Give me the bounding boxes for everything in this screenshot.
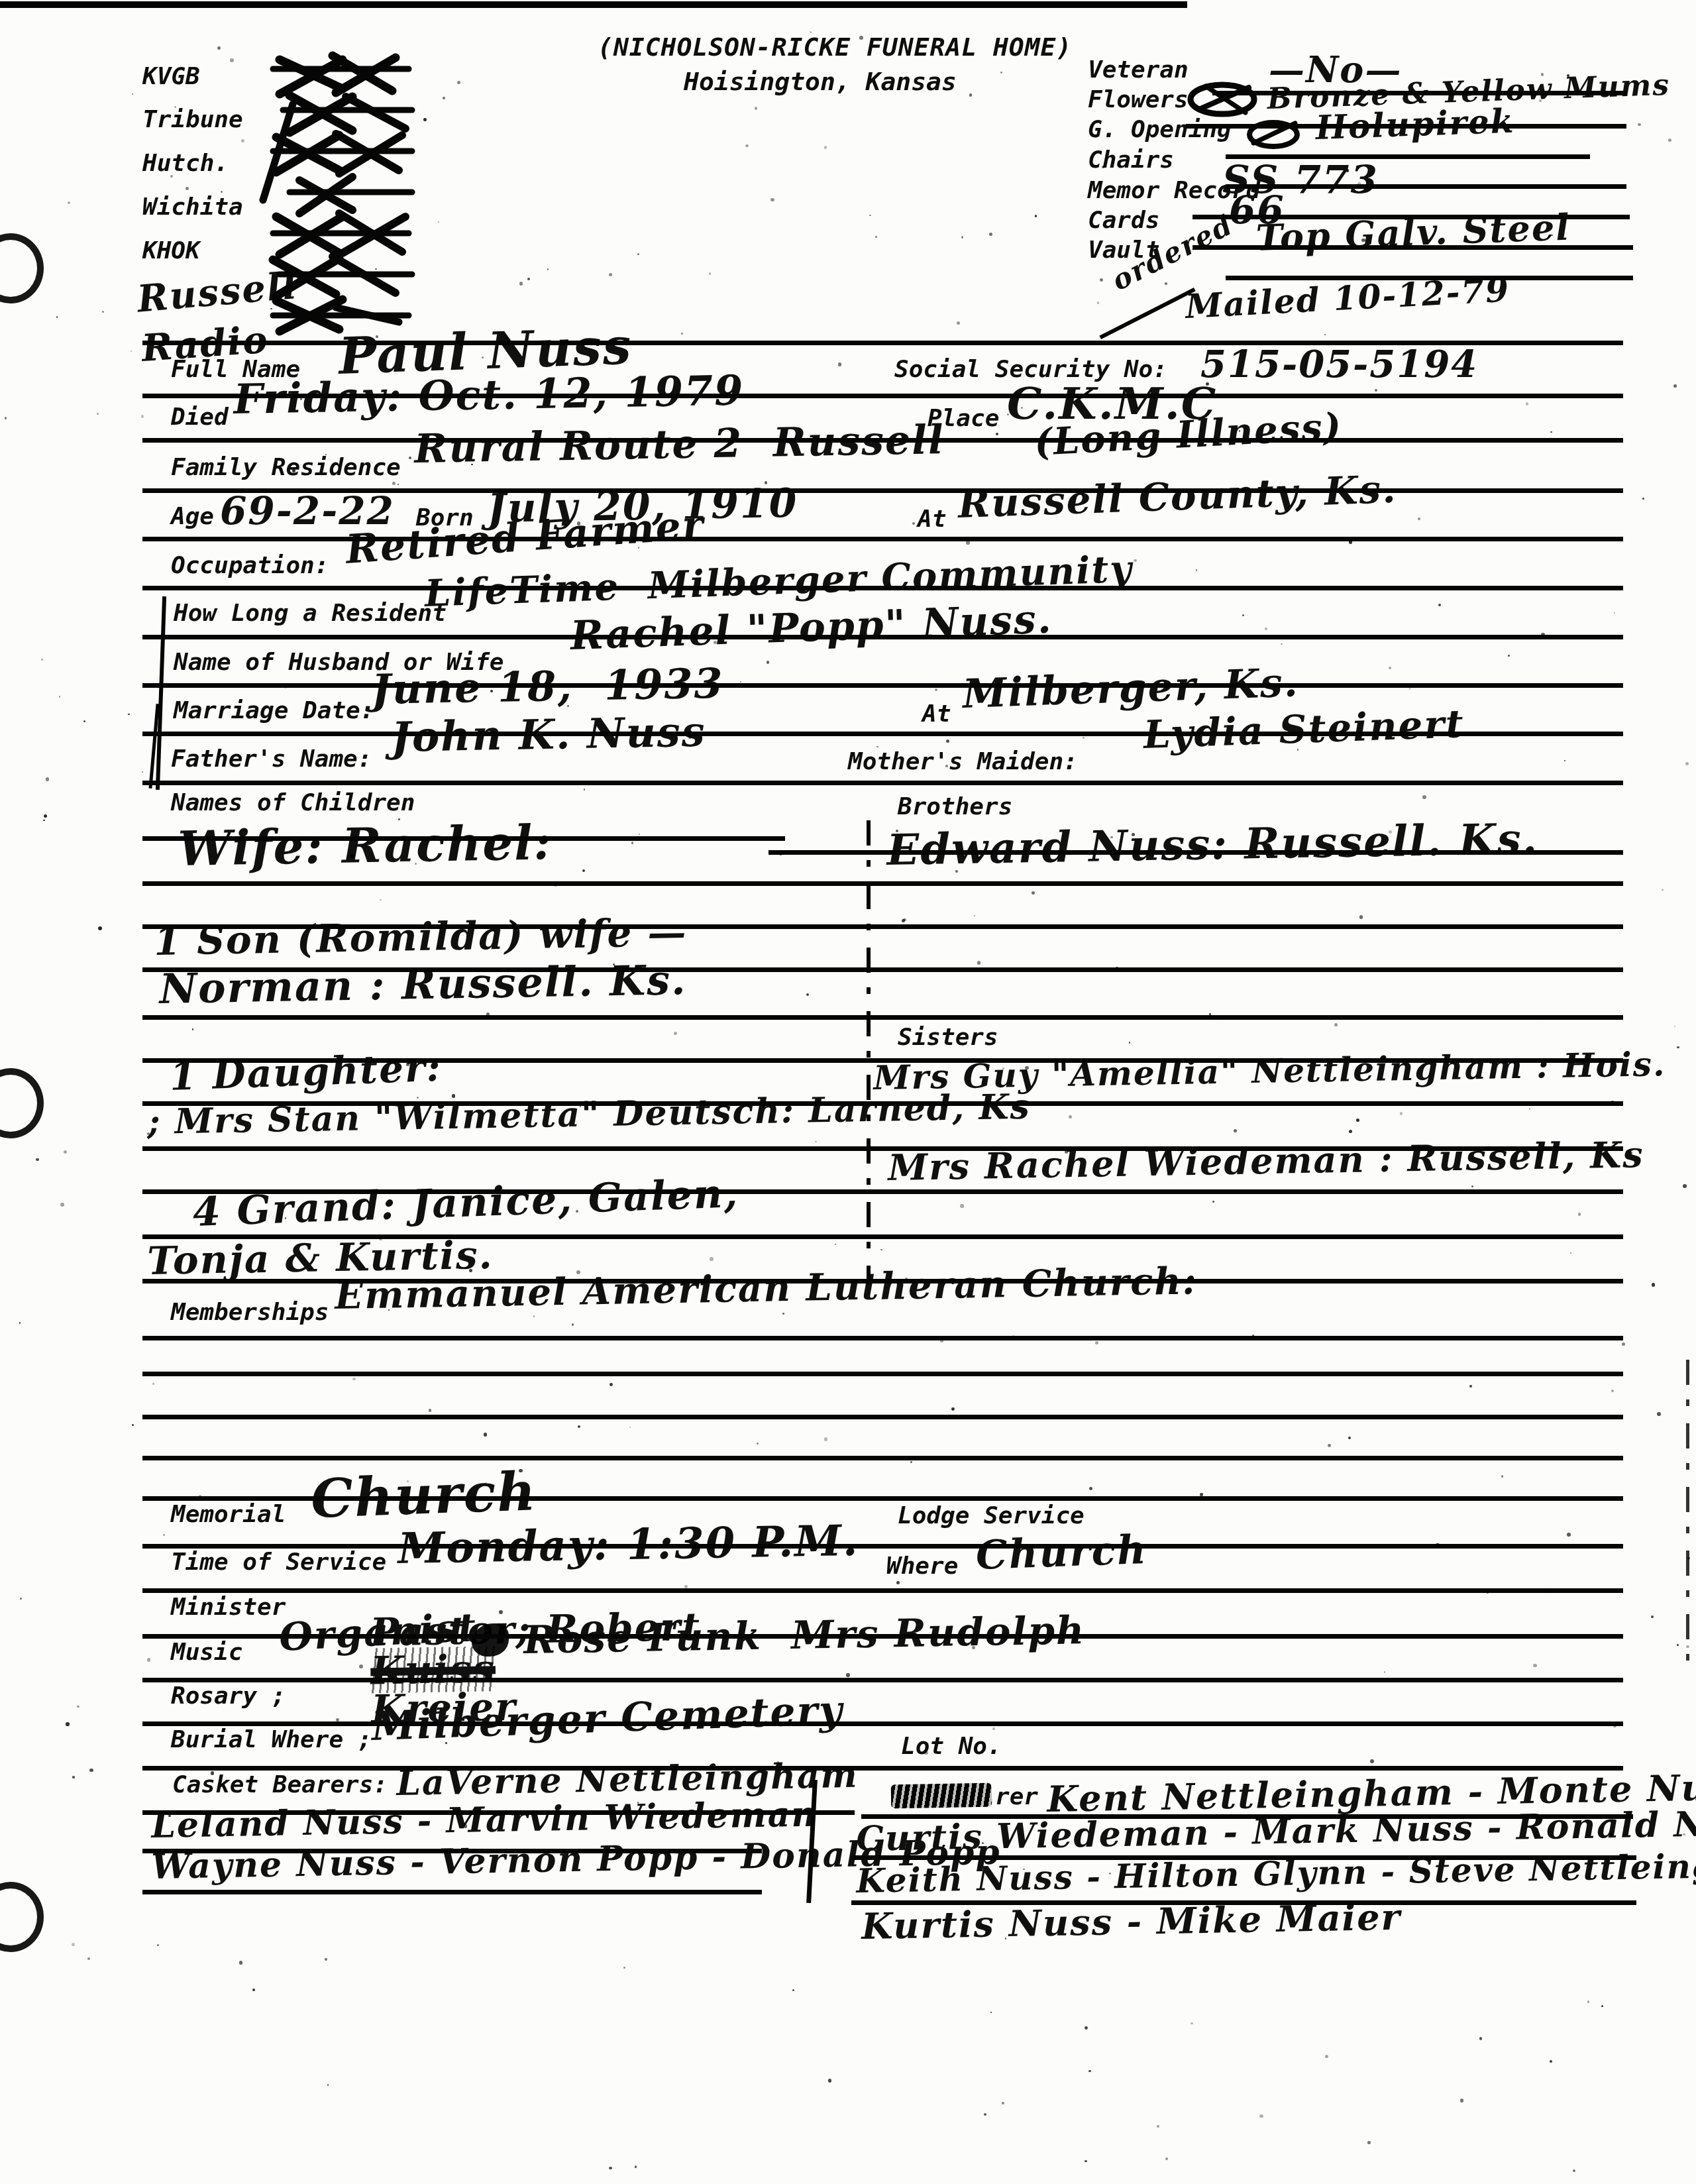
scan-speckle <box>547 268 549 270</box>
children-line: ; Mrs Stan "Wilmetta" Deutsch: Larned, K… <box>147 1090 1031 1140</box>
flowers-scribble <box>1186 80 1265 119</box>
ruled-line <box>861 1814 1633 1819</box>
scan-speckle <box>1102 166 1104 168</box>
scan-speckle <box>1346 169 1349 172</box>
scan-speckle <box>469 1269 472 1272</box>
scan-speckle <box>1297 749 1298 750</box>
scan-speckle <box>762 1105 766 1109</box>
scan-speckle <box>1436 1543 1439 1547</box>
scan-speckle <box>141 415 144 417</box>
scan-speckle <box>989 233 992 236</box>
scan-speckle <box>147 1658 151 1662</box>
scan-speckle <box>1234 1129 1237 1132</box>
rosary-label: Rosary ; <box>171 1684 286 1708</box>
scan-speckle <box>1508 655 1510 657</box>
scan-speckle <box>132 1424 134 1427</box>
notify-item-hutch: Hutch. <box>142 152 229 176</box>
scan-speckle <box>1083 737 1085 739</box>
scan-speckle <box>325 1958 327 1961</box>
scan-speckle <box>1361 239 1365 242</box>
scan-speckle <box>709 272 712 275</box>
ruled-line <box>142 881 1623 886</box>
scan-speckle <box>629 1427 631 1428</box>
scan-speckle <box>1095 1341 1098 1344</box>
scan-speckle <box>1357 182 1361 186</box>
ruled-line <box>142 1415 1623 1419</box>
scan-speckle <box>1614 612 1616 614</box>
scan-speckle <box>270 308 272 309</box>
scan-speckle <box>19 1322 21 1324</box>
scan-speckle <box>1367 2141 1371 2144</box>
scan-speckle <box>1212 1201 1214 1202</box>
scan-speckle <box>1685 762 1689 765</box>
ruled-line <box>142 1890 762 1894</box>
ruled-line <box>142 781 1623 785</box>
scan-speckle <box>239 1961 243 1965</box>
notify-item-wichita: Wichita <box>142 195 243 219</box>
g-opening-label: G. Opening <box>1088 118 1232 142</box>
ruled-line <box>142 1336 1623 1340</box>
scan-speckle <box>1587 2000 1590 2003</box>
scan-speckle <box>639 834 640 835</box>
scan-speckle <box>835 1244 836 1245</box>
children-line: 1 Son (Romilda) wife — <box>154 913 688 961</box>
marriage-label: Marriage Date: <box>174 699 374 723</box>
ruled-line <box>142 683 1623 688</box>
scan-speckle <box>527 278 530 280</box>
ruled-line <box>142 438 1623 443</box>
scan-speckle <box>1674 1026 1675 1027</box>
scan-speckle <box>631 842 633 844</box>
scan-speckle <box>1526 402 1529 406</box>
scan-speckle <box>1487 1592 1489 1594</box>
scan-speckle <box>1611 1390 1614 1392</box>
scan-speckle <box>1239 430 1240 431</box>
scan-speckle <box>1683 1184 1687 1188</box>
scan-speckle <box>990 2012 992 2013</box>
scan-speckle <box>1265 628 1267 630</box>
scan-speckle <box>1242 614 1244 616</box>
scan-speckle <box>572 1323 574 1326</box>
scan-speckle <box>1012 1335 1014 1337</box>
ruled-line <box>142 1810 855 1815</box>
scan-speckle <box>221 191 223 193</box>
scan-speckle <box>905 1278 908 1280</box>
scan-speckle <box>824 146 827 149</box>
ruled-line <box>1226 154 1590 159</box>
scan-speckle <box>1129 1042 1131 1044</box>
veteran-label: Veteran <box>1088 58 1189 82</box>
scan-speckle <box>984 2113 987 2116</box>
g-opening-prefix-scribble <box>1245 118 1305 151</box>
scan-speckle <box>1165 2157 1168 2160</box>
scan-speckle <box>951 1407 955 1411</box>
scan-speckle <box>132 93 133 95</box>
scan-speckle <box>1281 643 1283 645</box>
scan-speckle <box>56 316 58 318</box>
scan-speckle <box>637 253 639 255</box>
scan-speckle <box>60 1203 64 1207</box>
children-label: Names of Children <box>171 791 415 815</box>
scan-speckle <box>946 739 949 743</box>
scan-speckle <box>869 215 871 217</box>
scan-speckle <box>972 1646 975 1649</box>
scan-speckle <box>932 451 933 452</box>
children-brothers-divider <box>867 820 871 1284</box>
scan-speckle <box>285 687 286 688</box>
hole-punch <box>0 1068 44 1138</box>
scan-speckle <box>880 1249 882 1250</box>
ruled-line <box>142 1588 1623 1593</box>
ruled-line <box>142 924 1623 929</box>
scan-speckle <box>996 433 998 435</box>
scan-speckle <box>1501 1475 1503 1477</box>
scan-speckle <box>97 413 99 415</box>
checkmark-scribbles <box>253 54 419 333</box>
scan-speckle <box>1348 1437 1351 1439</box>
flowers-label: Flowers <box>1088 88 1189 112</box>
scan-speckle <box>44 814 47 818</box>
margin-stroke <box>156 596 166 790</box>
scan-speckle <box>635 2165 637 2167</box>
scan-speckle <box>415 863 416 864</box>
ruled-line <box>142 1146 1623 1151</box>
scan-speckle <box>376 335 378 338</box>
scan-speckle <box>1283 186 1286 189</box>
scan-speckle <box>1157 2125 1160 2128</box>
scan-speckle <box>170 175 173 178</box>
scan-edge-line <box>0 1 1187 8</box>
honorary-bearer-line: Kurtis Nuss - Mike Maier <box>861 1899 1401 1944</box>
scan-speckle <box>1000 72 1002 74</box>
funeral-home-name: (NICHOLSON-RICKE FUNERAL HOME) <box>598 34 1072 60</box>
scan-speckle <box>681 333 683 335</box>
ruled-line <box>142 1849 762 1853</box>
scan-speckle <box>838 362 841 366</box>
scan-speckle <box>1677 1046 1679 1049</box>
scan-speckle <box>638 547 639 548</box>
scan-speckle <box>152 1383 154 1385</box>
ruled-line <box>142 836 785 841</box>
born-at-value: Russell County, Ks. <box>957 470 1397 523</box>
scan-speckle <box>876 746 878 748</box>
scan-speckle <box>1475 185 1479 188</box>
scan-speckle <box>1668 138 1671 142</box>
scan-speckle <box>484 1433 487 1436</box>
scan-speckle <box>1349 540 1352 543</box>
scan-speckle <box>902 919 905 922</box>
scan-speckle <box>828 2079 832 2083</box>
scan-speckle <box>64 1150 67 1154</box>
scan-speckle <box>1005 1938 1006 1939</box>
scan-speckle <box>1438 604 1441 606</box>
scan-speckle <box>1191 2022 1192 2024</box>
ruled-line <box>142 1372 1623 1376</box>
scan-speckle <box>1533 1664 1537 1668</box>
casket-bearers-label: Casket Bearers: <box>172 1773 388 1797</box>
ruled-line <box>142 1058 1623 1063</box>
scan-speckle <box>359 1665 363 1668</box>
scan-speckle <box>292 469 295 472</box>
scan-speckle <box>438 221 439 223</box>
ruled-line <box>851 1900 1636 1905</box>
notify-item-khok: KHOK <box>142 239 200 263</box>
scan-speckle <box>663 636 666 639</box>
scan-speckle <box>609 2167 612 2170</box>
scan-speckle <box>1325 2055 1328 2058</box>
scan-speckle <box>1328 1444 1331 1447</box>
ruled-line <box>142 1189 1623 1194</box>
scan-speckle <box>637 1802 639 1804</box>
scan-speckle <box>1550 431 1552 433</box>
scan-speckle <box>674 1032 677 1035</box>
scan-speckle <box>806 993 810 997</box>
scan-speckle <box>1023 1869 1025 1871</box>
marriage-at-label: At <box>922 702 951 726</box>
vault-annotation-underline <box>1099 288 1195 339</box>
scan-speckle <box>582 869 585 872</box>
scan-speckle <box>482 985 486 988</box>
right-edge-marks <box>1686 1360 1689 1671</box>
scan-speckle <box>380 899 381 901</box>
scan-speckle <box>5 417 7 419</box>
scan-speckle <box>327 2084 329 2086</box>
scan-speckle <box>1578 1213 1581 1216</box>
scan-speckle <box>875 236 877 238</box>
scan-speckle <box>554 883 557 887</box>
ruled-line <box>142 1721 1623 1726</box>
sisters-line: Mrs Guy "Amellia" Nettleingham : Hois. <box>873 1048 1666 1095</box>
time-of-service-label: Time of Service <box>171 1551 386 1574</box>
ssn-value: 515-05-5194 <box>1200 346 1478 383</box>
scan-speckle <box>379 1236 383 1240</box>
hole-punch <box>0 233 44 303</box>
scan-speckle <box>1622 1342 1625 1346</box>
scan-speckle <box>765 481 767 484</box>
scan-speckle <box>1651 1615 1654 1618</box>
scan-speckle <box>1529 1108 1531 1110</box>
notify-item-tribune: Tribune <box>142 108 243 132</box>
scan-speckle <box>1085 2026 1088 2030</box>
ruled-line <box>142 1544 1623 1549</box>
scan-speckle <box>468 456 470 458</box>
scan-speckle <box>1324 334 1326 335</box>
scan-speckle <box>1370 1759 1374 1763</box>
scan-speckle <box>1110 836 1112 838</box>
scan-speckle <box>961 236 964 239</box>
scan-speckle <box>241 139 244 142</box>
scan-speckle <box>519 282 523 286</box>
scan-speckle <box>992 1727 995 1730</box>
scan-speckle <box>924 1751 928 1755</box>
father-label: Father's Name: <box>171 747 372 771</box>
scan-speckle <box>211 515 213 517</box>
scan-speckle <box>1469 1385 1472 1388</box>
ruled-line <box>142 488 1623 493</box>
scan-speckle <box>375 268 376 270</box>
scan-speckle <box>43 820 45 822</box>
cards-label: Cards <box>1088 209 1159 233</box>
scan-speckle <box>490 690 493 692</box>
memberships-label: Memberships <box>171 1301 329 1325</box>
ruled-line <box>142 1015 1623 1020</box>
scan-speckle <box>157 1944 159 1946</box>
scan-speckle <box>1100 278 1103 282</box>
scan-speckle <box>1611 1101 1615 1105</box>
scan-speckle <box>1349 1130 1352 1133</box>
scan-speckle <box>230 58 234 62</box>
scan-speckle <box>1065 1150 1068 1153</box>
music-value-prefix: Organist <box>278 1608 478 1657</box>
brothers-label: Brothers <box>898 795 1012 819</box>
scan-speckle <box>83 720 86 723</box>
scan-speckle <box>1375 389 1377 392</box>
ruled-line <box>142 732 1623 736</box>
scan-speckle <box>1189 392 1192 395</box>
scan-speckle <box>423 118 426 121</box>
scan-speckle <box>1165 282 1167 285</box>
scan-speckle <box>1252 1335 1254 1337</box>
scan-speckle <box>969 93 973 97</box>
scanned-funeral-record-page: (NICHOLSON-RICKE FUNERAL HOME) Hoisingto… <box>0 0 1696 2184</box>
scan-speckle <box>185 187 189 190</box>
scan-speckle <box>1567 1533 1571 1537</box>
scan-speckle <box>68 201 70 204</box>
scan-speckle <box>20 1598 22 1600</box>
brothers-line: Edward Nuss: Russell. Ks. <box>886 818 1538 872</box>
scan-speckle <box>767 661 769 663</box>
scan-speckle <box>252 1989 255 1991</box>
chairs-label: Chairs <box>1088 148 1174 172</box>
scan-speckle <box>912 522 915 525</box>
scan-speckle <box>1200 1493 1202 1496</box>
scan-speckle <box>755 107 758 110</box>
scan-speckle <box>859 36 863 40</box>
children-line: 1 Daughter: <box>169 1048 443 1096</box>
resident-label: How Long a Resident <box>174 602 447 626</box>
ruled-line <box>142 1456 1623 1460</box>
age-label: Age <box>171 505 214 529</box>
scan-speckle <box>815 1141 816 1142</box>
scan-speckle <box>1541 633 1544 636</box>
scan-speckle <box>576 1270 580 1274</box>
scan-speckle <box>1570 1252 1571 1254</box>
minister-label: Minister <box>171 1596 286 1619</box>
scan-speckle <box>1550 2060 1552 2062</box>
scan-speckle <box>1601 2005 1603 2007</box>
scan-speckle <box>710 1257 714 1261</box>
mother-label: Mother's Maiden: <box>848 750 1078 774</box>
scan-speckle <box>1259 2114 1263 2118</box>
scan-speckle <box>407 1480 409 1482</box>
scan-speckle <box>350 854 353 857</box>
hole-punch <box>0 1882 44 1952</box>
scan-speckle <box>1069 1115 1072 1119</box>
scan-speckle <box>846 1673 850 1677</box>
music-label: Music <box>171 1641 242 1665</box>
scan-speckle <box>1389 667 1391 669</box>
scan-speckle <box>1657 1412 1661 1416</box>
scan-speckle <box>824 1437 827 1441</box>
scan-speckle <box>1418 518 1420 520</box>
scan-speckle <box>940 1339 943 1342</box>
scan-speckle <box>1085 2160 1087 2163</box>
ruled-line <box>1212 91 1626 95</box>
scan-speckle <box>935 688 937 691</box>
ruled-line <box>142 1101 1623 1106</box>
scan-speckle <box>409 457 411 459</box>
scan-speckle <box>1567 74 1569 77</box>
scan-speckle <box>398 818 400 820</box>
scan-speckle <box>1686 1645 1689 1649</box>
scan-speckle <box>77 1706 79 1708</box>
ruled-line <box>142 1234 1623 1239</box>
scan-speckle <box>745 144 748 147</box>
scan-speckle <box>59 696 61 698</box>
scan-speckle <box>72 1776 75 1778</box>
scan-speckle <box>1652 1283 1655 1286</box>
lot-no-label: Lot No. <box>901 1735 1002 1759</box>
scan-speckle <box>102 311 104 313</box>
honorary-label-scribble <box>891 1783 992 1809</box>
scan-speckle <box>780 853 782 855</box>
scan-speckle <box>957 321 960 325</box>
scan-speckle <box>1035 215 1037 217</box>
scan-speckle <box>98 926 102 930</box>
scan-speckle <box>1356 1119 1359 1122</box>
ruled-line <box>851 1855 1636 1860</box>
scan-speckle <box>217 46 220 49</box>
lodge-service-label: Lodge Service <box>898 1504 1085 1528</box>
ruled-line <box>142 1279 1623 1283</box>
scan-speckle <box>1662 889 1663 891</box>
scan-speckle <box>1471 1185 1473 1187</box>
scan-speckle <box>567 705 569 707</box>
ruled-line <box>142 586 1623 590</box>
scan-speckle <box>1541 1016 1544 1020</box>
scan-speckle <box>966 541 970 545</box>
scan-speckle <box>131 351 132 352</box>
scan-speckle <box>740 681 741 682</box>
scan-speckle <box>777 1761 779 1763</box>
scan-speckle <box>36 1158 39 1162</box>
scan-speckle <box>325 454 327 455</box>
scan-speckle <box>609 1383 613 1386</box>
scan-speckle <box>1209 1013 1211 1015</box>
scan-speckle <box>1673 384 1677 388</box>
scan-speckle <box>502 5 505 8</box>
scan-speckle <box>717 504 720 507</box>
died-label: Died <box>171 406 229 429</box>
scan-speckle <box>623 1967 625 1969</box>
scan-speckle <box>1573 2169 1575 2172</box>
scan-speckle <box>211 1771 214 1774</box>
scan-speckle <box>578 1425 580 1428</box>
scan-speckle <box>66 1722 70 1726</box>
scan-speckle <box>1687 1557 1689 1559</box>
scan-speckle <box>1638 123 1640 126</box>
scan-speckle <box>892 451 894 454</box>
scan-speckle <box>519 1469 522 1472</box>
scan-speckle <box>782 1313 784 1315</box>
scan-speckle <box>910 1461 912 1463</box>
ruled-line <box>1192 245 1633 250</box>
scan-speckle <box>1140 189 1142 191</box>
ruled-line <box>142 1766 1623 1771</box>
scan-speckle <box>1359 915 1363 919</box>
ruled-line <box>142 1496 1623 1501</box>
scan-speckle <box>977 961 981 965</box>
